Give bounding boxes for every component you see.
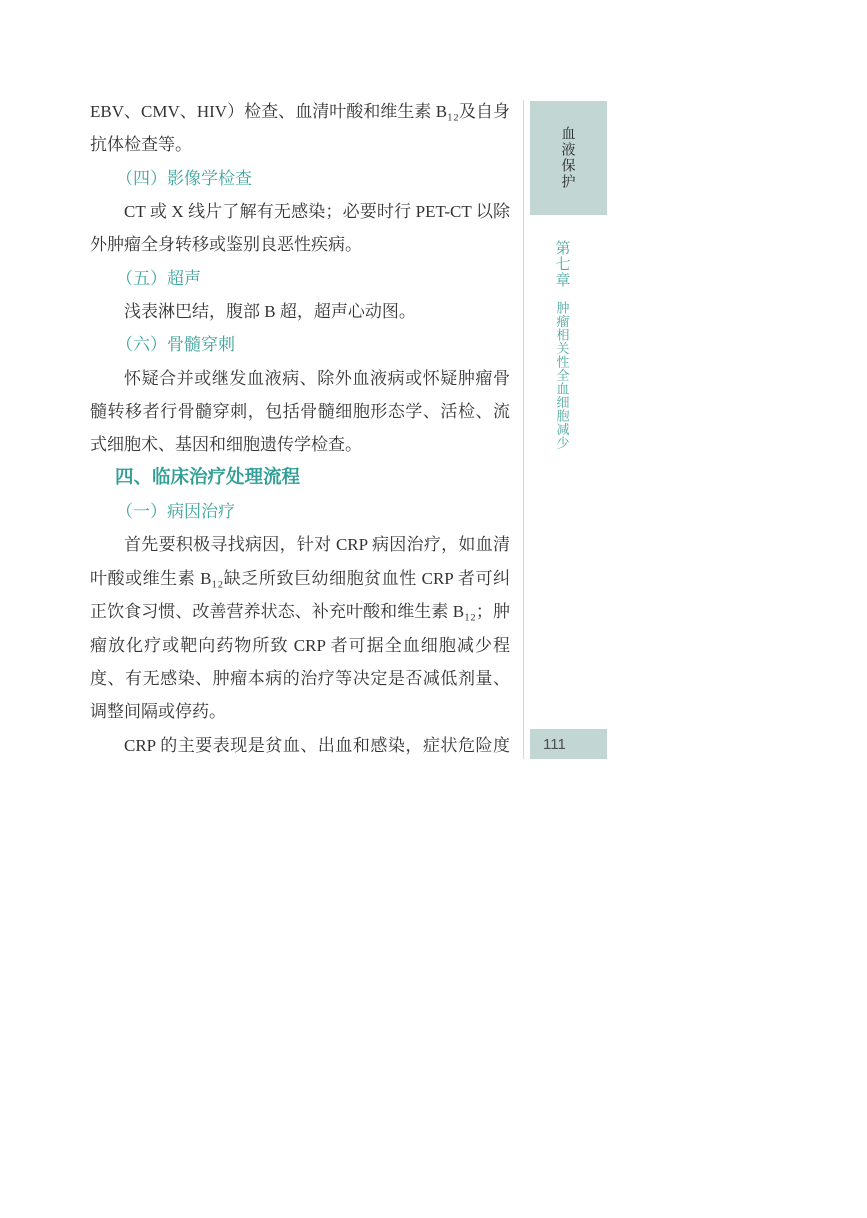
body-line: 外肿瘤全身转移或鉴别良恶性疾病。 — [90, 228, 510, 261]
body-line: EBV、CMV、HIV）检查、血清叶酸和维生素 B₁₂及自身 — [90, 95, 510, 128]
body-line: 首先要积极寻找病因，针对 CRP 病因治疗，如血清 — [90, 528, 510, 561]
chapter-number: 第七章 — [554, 240, 571, 288]
body-line: 度、有无感染、肿瘤本病的治疗等决定是否减低剂量、 — [90, 662, 510, 695]
body-line: 调整间隔或停药。 — [90, 695, 510, 728]
body-line: 抗体检查等。 — [90, 128, 510, 161]
sidebar-divider-line — [523, 100, 524, 759]
book-title-text: 血液保护 — [559, 126, 579, 190]
body-line: 髓转移者行骨髓穿刺，包括骨髓细胞形态学、活检、流 — [90, 395, 510, 428]
chapter-sidebar: 第七章肿瘤相关性全血细胞减少 — [532, 240, 592, 470]
subheading-etiological-treatment: （一）病因治疗 — [90, 495, 510, 528]
book-title-tab: 血液保护 — [530, 101, 607, 215]
body-line: 怀疑合并或继发血液病、除外血液病或怀疑肿瘤骨 — [90, 362, 510, 395]
body-line: CRP 的主要表现是贫血、出血和感染，症状危险度 — [90, 729, 510, 762]
subheading-imaging-examination: （四）影像学检查 — [90, 162, 510, 195]
body-line: 正饮食习惯、改善营养状态、补充叶酸和维生素 B₁₂；肿 — [90, 595, 510, 628]
body-line: 瘤放化疗或靶向药物所致 CRP 者可据全血细胞减少程 — [90, 629, 510, 662]
heading-clinical-treatment-process: 四、临床治疗处理流程 — [90, 462, 510, 495]
page-number: 111 — [543, 736, 566, 753]
body-text-column: EBV、CMV、HIV）检查、血清叶酸和维生素 B₁₂及自身 抗体检查等。 （四… — [90, 95, 510, 762]
subheading-bone-marrow-puncture: （六）骨髓穿刺 — [90, 328, 510, 361]
subheading-ultrasound: （五）超声 — [90, 262, 510, 295]
body-line: CT 或 X 线片了解有无感染；必要时行 PET-CT 以除 — [90, 195, 510, 228]
book-page: EBV、CMV、HIV）检查、血清叶酸和维生素 B₁₂及自身 抗体检查等。 （四… — [0, 0, 867, 1218]
body-line: 浅表淋巴结，腹部 B 超，超声心动图。 — [90, 295, 510, 328]
page-number-badge: 111 — [530, 729, 607, 759]
body-line: 叶酸或维生素 B₁₂缺乏所致巨幼细胞贫血性 CRP 者可纠 — [90, 562, 510, 595]
body-line: 式细胞术、基因和细胞遗传学检查。 — [90, 428, 510, 461]
chapter-title: 肿瘤相关性全血细胞减少 — [555, 301, 570, 450]
